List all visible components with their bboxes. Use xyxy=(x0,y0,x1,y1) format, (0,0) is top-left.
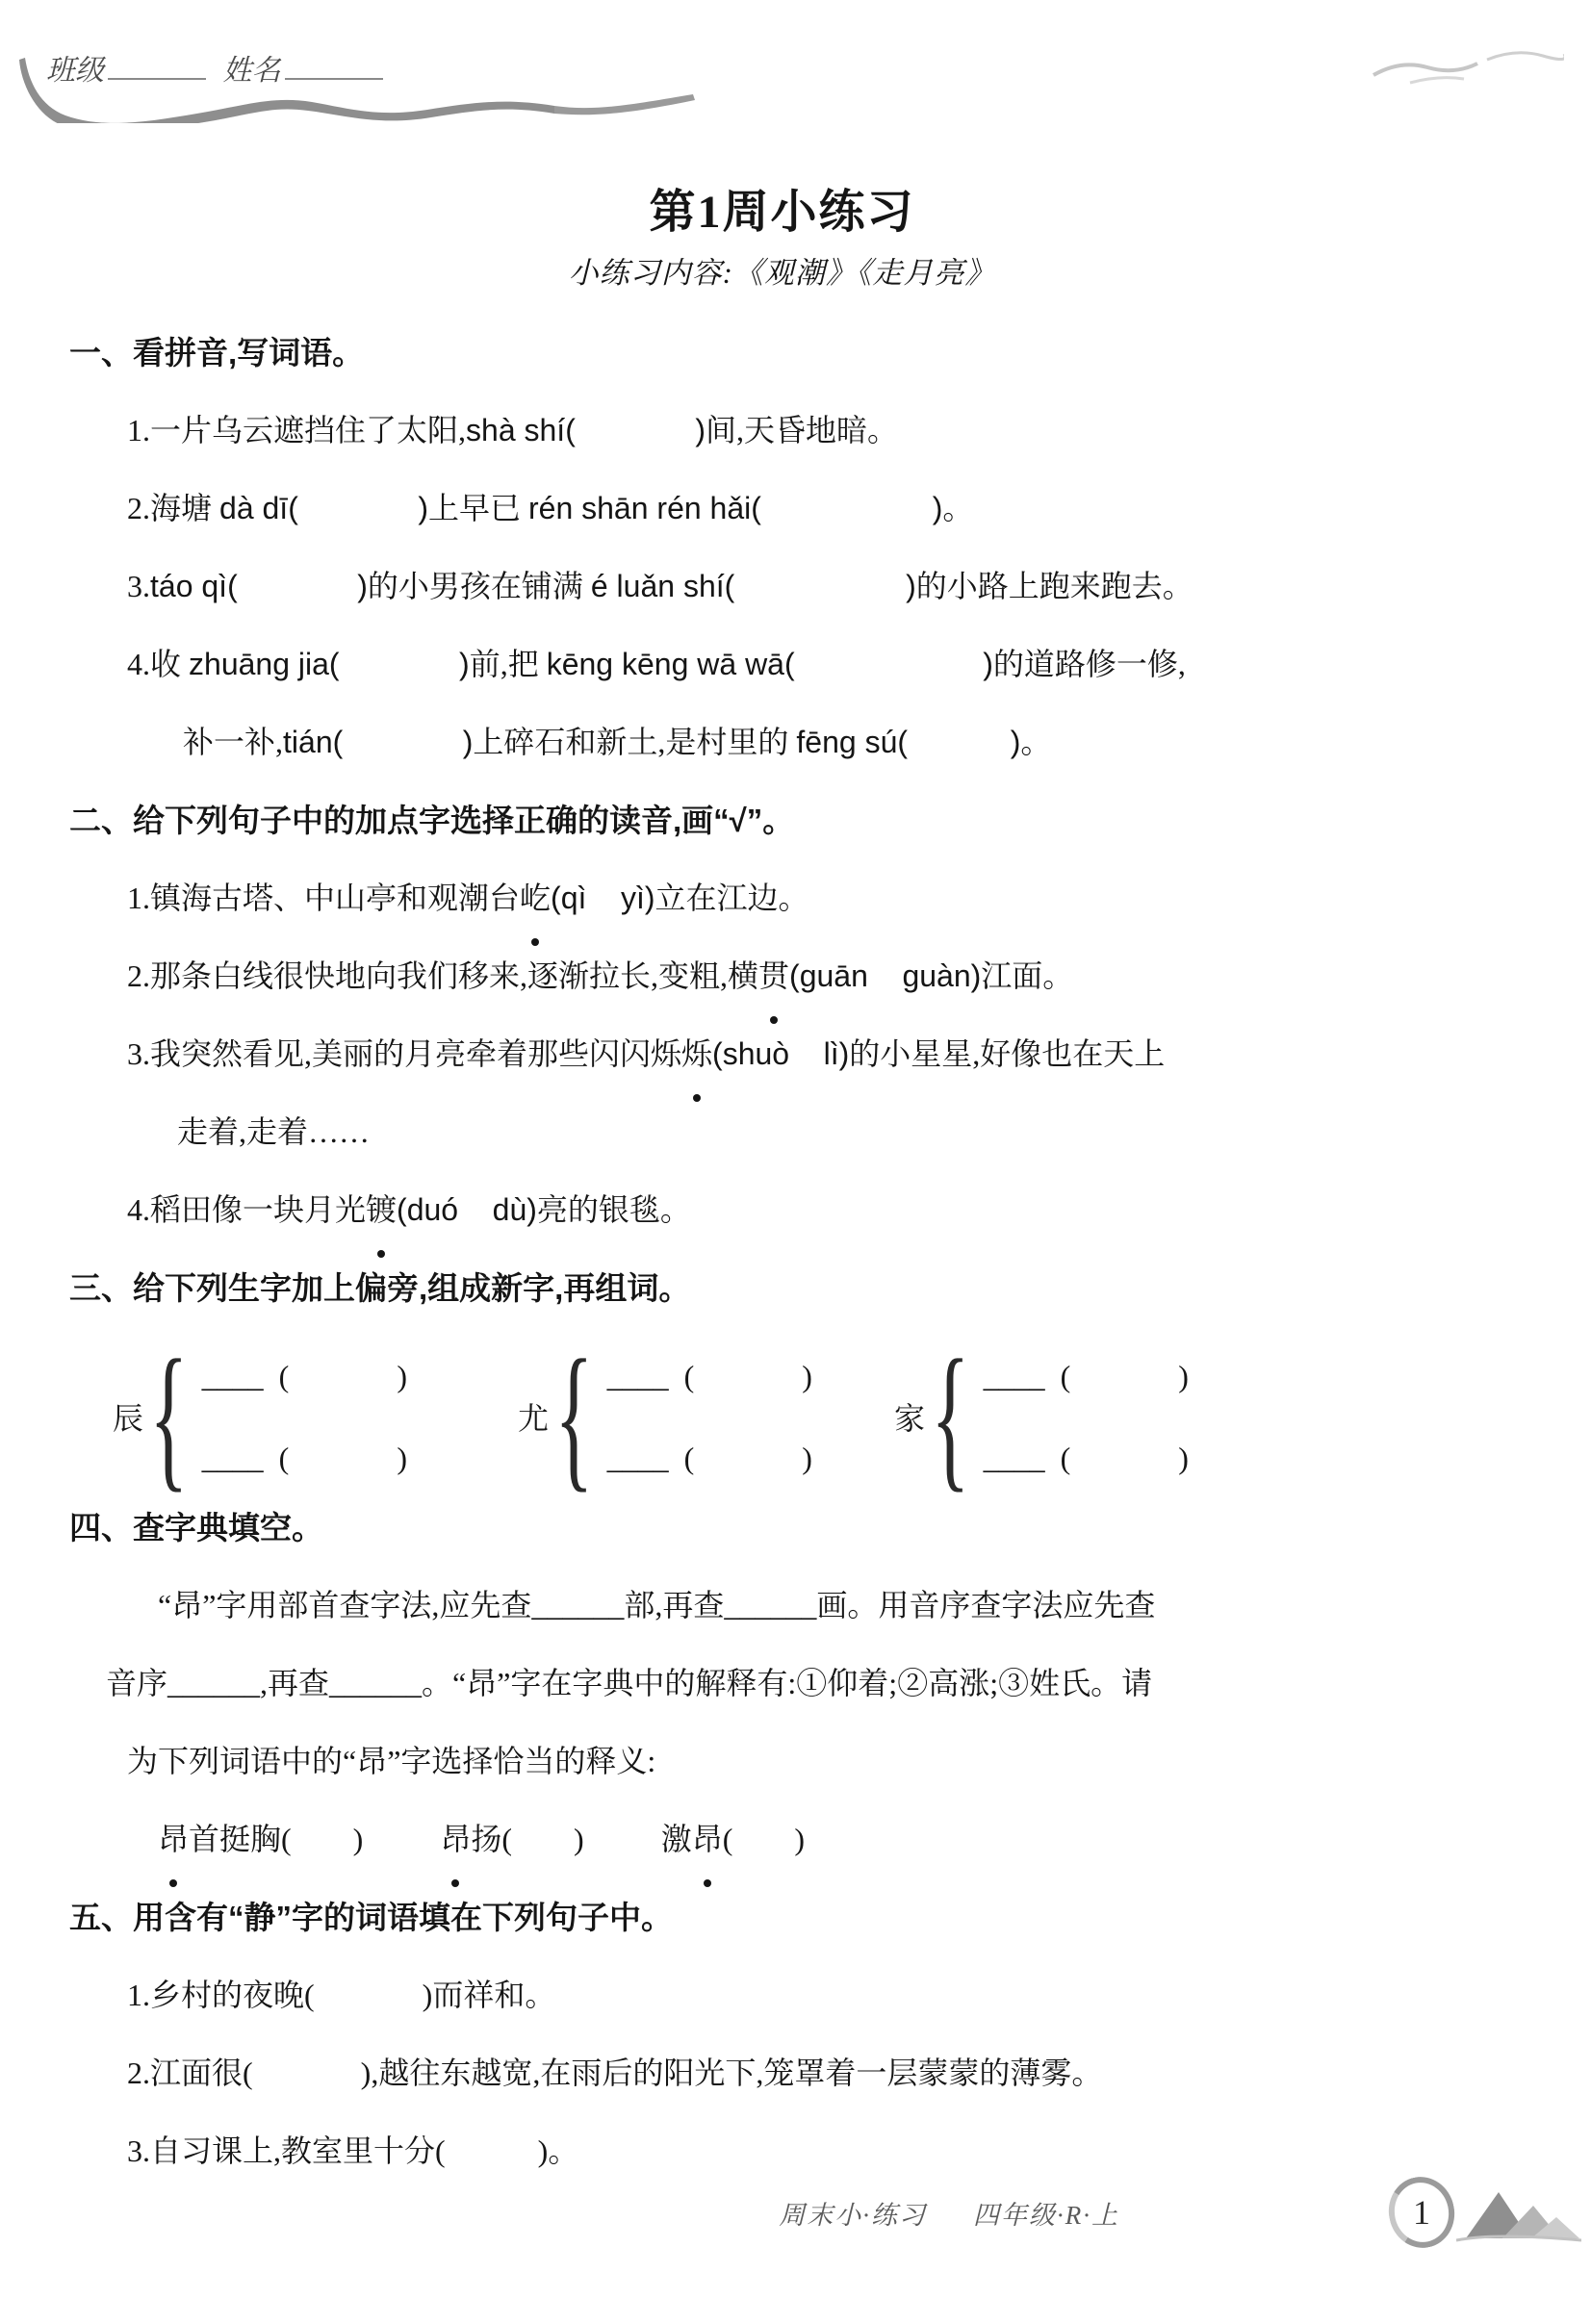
section-three-heading: 三、给下列生字加上偏旁,组成新字,再组词。 xyxy=(69,1249,1495,1327)
dictionary-paragraph-line: 为下列词语中的“昂”字选择恰当的释义: xyxy=(69,1723,1495,1800)
page-title: 第1周小练习 xyxy=(69,185,1495,241)
text-segment: 激 xyxy=(661,1822,692,1856)
exercise-line: 1.镇海古塔、中山亭和观潮台屹(qì yì)立在江边。 xyxy=(69,859,1495,937)
radical-group: 家 { ____ ( ) ____ ( ) xyxy=(894,1344,1189,1489)
text-segment: 的道路修一修, xyxy=(993,647,1186,681)
text-segment: (duó dù) xyxy=(397,1192,537,1227)
cloud-ink-decoration xyxy=(1372,46,1564,89)
blank-word-row: ____ ( ) xyxy=(984,1429,1189,1487)
radical-group: 辰 { ____ ( ) ____ ( ) xyxy=(113,1344,407,1489)
text-segment: 收 xyxy=(150,647,189,681)
text-segment: zhuāng jia( ) xyxy=(189,647,470,681)
text-segment: 上碎石和新土,是村里的 xyxy=(473,725,796,759)
blank-word-row: ____ ( ) xyxy=(984,1347,1189,1405)
name-label: 姓名 xyxy=(223,55,281,87)
text-segment: táo qì( ) xyxy=(150,569,368,603)
page-footer: 周末小·练习 四年级·R·上 1 xyxy=(779,2177,1581,2248)
dotted-char: 昂 xyxy=(440,1800,471,1878)
dotted-char: 贯 xyxy=(758,937,789,1015)
dotted-char: 镀 xyxy=(366,1171,397,1249)
dotted-char: 烁 xyxy=(681,1015,712,1093)
blank-word-rows: ____ ( ) ____ ( ) xyxy=(607,1347,812,1487)
text-segment: 江面。 xyxy=(981,958,1073,993)
dictionary-paragraph-line: 音序______,再查______。“昂”字在字典中的解释有:①仰着;②高涨;③… xyxy=(69,1645,1495,1723)
text-segment: 首挺胸( ) xyxy=(189,1822,363,1856)
section-four-heading: 四、查字典填空。 xyxy=(69,1489,1495,1567)
blank-word-row: ____ ( ) xyxy=(607,1347,812,1405)
header-fields: 班级 姓名 xyxy=(46,46,393,89)
radical-groups: 辰 { ____ ( ) ____ ( ) 尤 { ____ ( ) ____ … xyxy=(69,1344,1495,1489)
text-segment: 的小星星,好像也在天上 xyxy=(849,1036,1165,1071)
text-segment xyxy=(584,1822,661,1856)
brace-glyph: { xyxy=(931,1344,969,1489)
subtitle: 小练习内容:《观潮》《走月亮》 xyxy=(69,252,1495,294)
worksheet-page: 班级 姓名 第1周小练习 小练习内容:《观潮》《走月亮》 一、看拼音,写词语。 … xyxy=(0,185,1591,2190)
dotted-char: 昂 xyxy=(158,1800,189,1878)
footer-grade-label: 四年级·R·上 xyxy=(973,2194,1119,2232)
worksheet-content: 第1周小练习 小练习内容:《观潮》《走月亮》 一、看拼音,写词语。 1.一片乌云… xyxy=(0,185,1591,2190)
text-segment: (shuò lì) xyxy=(712,1036,849,1071)
text-segment: 2. xyxy=(127,958,150,993)
text-segment: 4. xyxy=(127,647,150,681)
dotted-char: 昂 xyxy=(692,1800,723,1878)
exercise-line: 4.收 zhuāng jia( )前,把 kēng kēng wā wā( )的… xyxy=(69,626,1495,703)
text-segment: 2. xyxy=(127,491,150,525)
exercise-line: 2.海塘 dà dī( )上早已 rén shān rén hǎi( )。 xyxy=(69,470,1495,548)
text-segment: 前,把 xyxy=(470,647,547,681)
mountain-ink-decoration xyxy=(1456,2179,1581,2246)
word-choice-line: 昂首挺胸( ) 昂扬( ) 激昂( ) xyxy=(69,1800,1495,1878)
text-segment: ( ) xyxy=(723,1822,805,1856)
exercise-line: 4.稻田像一块月光镀(duó dù)亮的银毯。 xyxy=(69,1171,1495,1249)
text-segment: 那条白线很快地向我们移来,逐渐拉长,变粗,横 xyxy=(150,958,758,993)
text-segment: 1. xyxy=(127,413,150,447)
class-blank-line xyxy=(108,49,206,80)
base-character: 辰 xyxy=(113,1394,143,1439)
header-area: 班级 姓名 xyxy=(19,29,751,135)
section-two-heading: 二、给下列句子中的加点字选择正确的读音,画“√”。 xyxy=(69,781,1495,859)
exercise-line: 3.táo qì( )的小男孩在铺满 é luǎn shí( )的小路上跑来跑去… xyxy=(69,548,1495,626)
text-segment: dà dī( ) xyxy=(219,491,428,525)
exercise-line: 3.我突然看见,美丽的月亮牵着那些闪闪烁烁(shuò lì)的小星星,好像也在天… xyxy=(69,1015,1495,1093)
text-segment: kēng kēng wā wā( ) xyxy=(547,647,993,681)
text-segment: 一片乌云遮挡住了太阳, xyxy=(150,413,466,447)
text-segment: 立在江边。 xyxy=(654,881,808,915)
text-segment: 。 xyxy=(1020,725,1051,759)
text-segment: 稻田像一块月光 xyxy=(150,1192,366,1227)
text-segment: 镇海古塔、中山亭和观潮台 xyxy=(150,881,520,915)
text-segment: 4. xyxy=(127,1192,150,1227)
text-segment: 补一补, xyxy=(183,725,283,759)
text-segment: 的小路上跑来跑去。 xyxy=(916,569,1193,603)
brace-glyph: { xyxy=(149,1344,188,1489)
base-character: 尤 xyxy=(518,1394,549,1439)
blank-word-row: ____ ( ) xyxy=(202,1429,407,1487)
section-five-heading: 五、用含有“静”字的词语填在下列句子中。 xyxy=(69,1878,1495,1956)
text-segment: 扬( ) xyxy=(471,1822,583,1856)
exercise-line: 1.乡村的夜晚( )而祥和。 xyxy=(69,1956,1495,2034)
text-segment: 亮的银毯。 xyxy=(537,1192,691,1227)
exercise-line-continuation: 补一补,tián( )上碎石和新土,是村里的 fēng sú( )。 xyxy=(69,703,1495,781)
exercise-line: 2.那条白线很快地向我们移来,逐渐拉长,变粗,横贯(guān guàn)江面。 xyxy=(69,937,1495,1015)
blank-word-row: ____ ( ) xyxy=(202,1347,407,1405)
text-segment: (qì yì) xyxy=(551,881,654,915)
blank-word-rows: ____ ( ) ____ ( ) xyxy=(984,1347,1189,1487)
section-one-heading: 一、看拼音,写词语。 xyxy=(69,314,1495,392)
text-segment: 上早已 xyxy=(428,491,528,525)
text-segment: tián( ) xyxy=(283,725,473,759)
exercise-line-continuation: 走着,走着…… xyxy=(69,1093,1495,1171)
text-segment: 的小男孩在铺满 xyxy=(368,569,591,603)
page-number: 1 xyxy=(1413,2192,1430,2233)
text-segment: shà shí( ) xyxy=(466,413,706,447)
text-segment: 海塘 xyxy=(150,491,219,525)
footer-series-label: 周末小·练习 xyxy=(779,2194,927,2232)
dotted-char: 屹 xyxy=(520,859,551,937)
base-character: 家 xyxy=(894,1394,925,1439)
text-segment: 走着,走着…… xyxy=(177,1114,370,1149)
text-segment: 间,天昏地暗。 xyxy=(706,413,898,447)
dictionary-paragraph-line: “昂”字用部首查字法,应先查______部,再查______画。用音序查字法应先… xyxy=(69,1567,1495,1645)
radical-group: 尤 { ____ ( ) ____ ( ) xyxy=(518,1344,812,1489)
text-segment: 我突然看见,美丽的月亮牵着那些闪闪烁 xyxy=(150,1036,681,1071)
exercise-line: 1.一片乌云遮挡住了太阳,shà shí( )间,天昏地暗。 xyxy=(69,392,1495,470)
text-segment: 1. xyxy=(127,881,150,915)
text-segment: 。 xyxy=(942,491,973,525)
class-label: 班级 xyxy=(46,55,104,87)
text-segment: 3. xyxy=(127,1036,150,1071)
blank-word-row: ____ ( ) xyxy=(607,1429,812,1487)
text-segment: fēng sú( ) xyxy=(796,725,1020,759)
brace-glyph: { xyxy=(554,1344,593,1489)
text-segment: (guān guàn) xyxy=(789,958,981,993)
text-segment xyxy=(363,1822,440,1856)
text-segment: é luǎn shí( ) xyxy=(591,569,916,603)
name-blank-line xyxy=(285,49,383,80)
blank-word-rows: ____ ( ) ____ ( ) xyxy=(202,1347,407,1487)
page-number-brush-circle: 1 xyxy=(1382,2171,1461,2255)
text-segment: 3. xyxy=(127,569,150,603)
exercise-line: 2.江面很( ),越往东越宽,在雨后的阳光下,笼罩着一层蒙蒙的薄雾。 xyxy=(69,2034,1495,2112)
text-segment: rén shān rén hǎi( ) xyxy=(528,491,942,525)
